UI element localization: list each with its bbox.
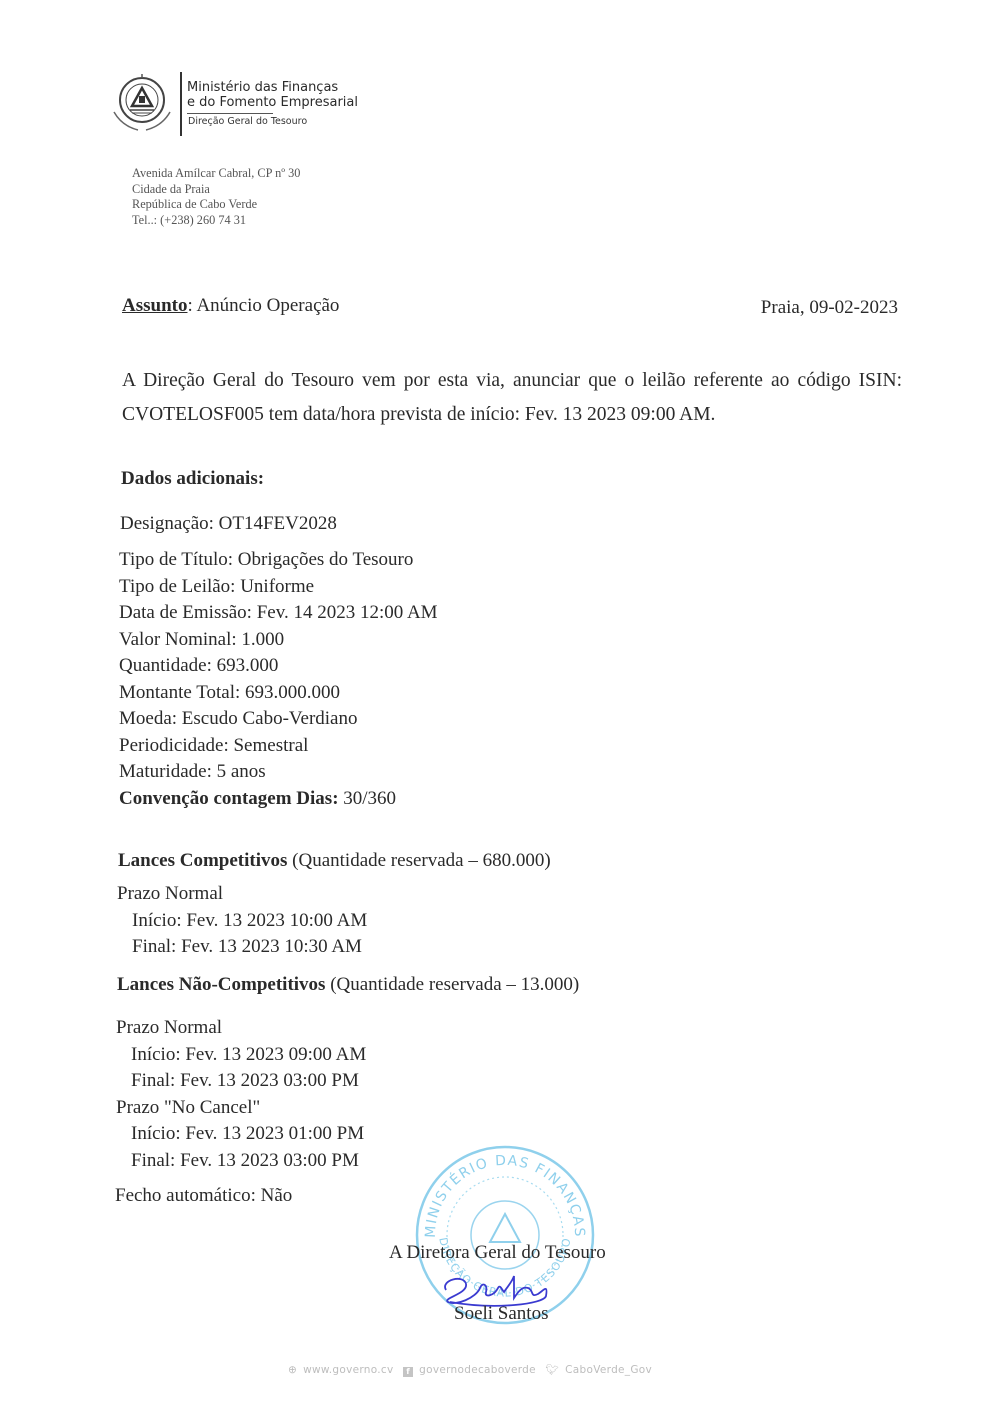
competitive-end: Final: Fev. 13 2023 10:30 AM xyxy=(117,934,367,961)
competitive-period: Prazo Normal Início: Fev. 13 2023 10:00 … xyxy=(117,881,367,961)
designation: Designação: OT14FEV2028 xyxy=(120,511,337,538)
field-valor-nominal: Valor Nominal: 1.000 xyxy=(119,627,438,654)
facebook-link[interactable]: governodecaboverde xyxy=(419,1364,536,1376)
competitive-label: Lances Competitivos xyxy=(118,850,287,871)
normal-start: Início: Fev. 13 2023 09:00 AM xyxy=(116,1042,366,1069)
place-date: Praia, 09-02-2023 xyxy=(761,297,898,319)
signatory-name: Soeli Santos xyxy=(454,1301,548,1328)
field-tipo-titulo: Tipo de Título: Obrigações do Tesouro xyxy=(119,547,438,574)
convencao-label: Convenção contagem Dias: xyxy=(119,788,339,809)
field-montante-total: Montante Total: 693.000.000 xyxy=(119,680,438,707)
address-block: Avenida Amílcar Cabral, CP nº 30 Cidade … xyxy=(132,166,300,228)
additional-fields: Tipo de Título: Obrigações do Tesouro Ti… xyxy=(119,547,438,812)
convencao-value: 30/360 xyxy=(339,788,397,809)
subject-line: Assunto: Anúncio Operação xyxy=(122,295,339,317)
auto-close: Fecho automático: Não xyxy=(115,1183,292,1210)
intro-paragraph: A Direção Geral do Tesouro vem por esta … xyxy=(122,364,902,432)
nocancel-start: Início: Fev. 13 2023 01:00 PM xyxy=(116,1121,366,1148)
ministry-name: Ministério das Finanças e do Fomento Emp… xyxy=(187,80,358,110)
logo-divider xyxy=(180,72,182,136)
field-convencao: Convenção contagem Dias: 30/360 xyxy=(119,786,438,813)
ministry-line2: e do Fomento Empresarial xyxy=(187,95,358,110)
twitter-icon: 🐦︎ xyxy=(546,1364,560,1376)
non-competitive-reserved: (Quantidade reservada – 13.000) xyxy=(325,974,579,995)
competitive-period-label: Prazo Normal xyxy=(117,881,367,908)
subject-label: Assunto xyxy=(122,295,187,316)
non-competitive-label: Lances Não-Competitivos xyxy=(117,974,325,995)
address-line: Cidade da Praia xyxy=(132,182,300,198)
competitive-reserved: (Quantidade reservada – 680.000) xyxy=(287,850,550,871)
coat-of-arms-icon xyxy=(108,70,176,138)
website-link[interactable]: www.governo.cv xyxy=(303,1364,393,1376)
address-line: Avenida Amílcar Cabral, CP nº 30 xyxy=(132,166,300,182)
subject-text: : Anúncio Operação xyxy=(187,295,339,316)
nocancel-end: Final: Fev. 13 2023 03:00 PM xyxy=(116,1148,366,1175)
nocancel-period-label: Prazo "No Cancel" xyxy=(116,1095,366,1122)
normal-end: Final: Fev. 13 2023 03:00 PM xyxy=(116,1068,366,1095)
twitter-link[interactable]: CaboVerde_Gov xyxy=(565,1364,652,1376)
competitive-start: Início: Fev. 13 2023 10:00 AM xyxy=(117,908,367,935)
competitive-title: Lances Competitivos (Quantidade reservad… xyxy=(118,848,551,875)
field-maturidade: Maturidade: 5 anos xyxy=(119,759,438,786)
field-tipo-leilao: Tipo de Leilão: Uniforme xyxy=(119,574,438,601)
normal-period-label: Prazo Normal xyxy=(116,1015,366,1042)
non-competitive-periods: Prazo Normal Início: Fev. 13 2023 09:00 … xyxy=(116,1015,366,1174)
field-periodicidade: Periodicidade: Semestral xyxy=(119,733,438,760)
footer: ⊕www.governo.cv fgovernodecaboverde 🐦︎Ca… xyxy=(0,1363,940,1377)
field-quantidade: Quantidade: 693.000 xyxy=(119,653,438,680)
field-data-emissao: Data de Emissão: Fev. 14 2023 12:00 AM xyxy=(119,600,438,627)
facebook-icon: f xyxy=(403,1367,413,1377)
address-line: Tel..: (+238) 260 74 31 xyxy=(132,213,300,229)
address-line: República de Cabo Verde xyxy=(132,197,300,213)
field-moeda: Moeda: Escudo Cabo-Verdiano xyxy=(119,706,438,733)
non-competitive-title: Lances Não-Competitivos (Quantidade rese… xyxy=(117,972,579,999)
department-name: Direção Geral do Tesouro xyxy=(188,116,307,127)
globe-icon: ⊕ xyxy=(288,1364,297,1376)
additional-data-title: Dados adicionais: xyxy=(121,468,264,490)
ministry-line1: Ministério das Finanças xyxy=(187,80,358,95)
ministry-rule xyxy=(187,113,273,114)
